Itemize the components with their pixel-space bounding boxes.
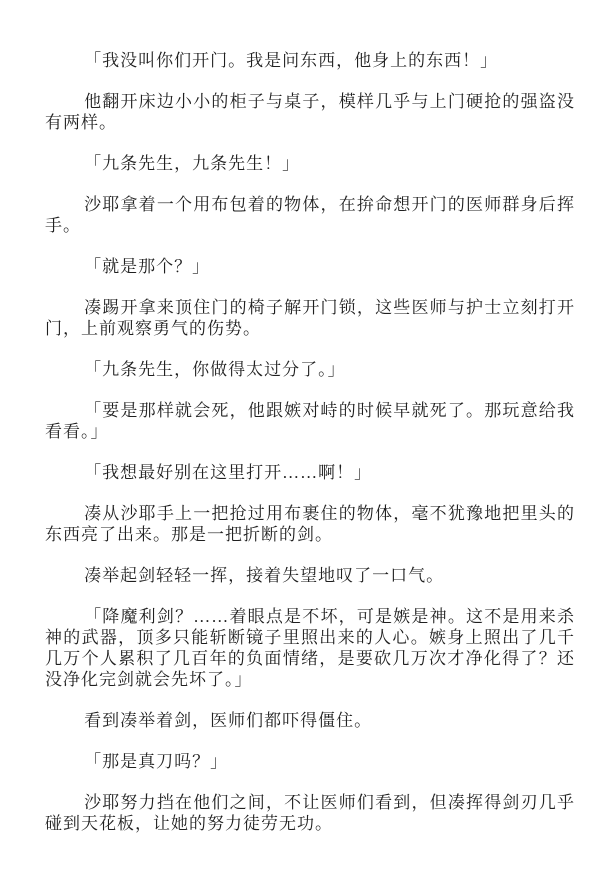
paragraph: 「要是那样就会死，他跟嫉对峙的时候早就死了。那玩意给我看看。」 <box>45 400 575 442</box>
paragraph: 凑从沙耶手上一把抢过用布裹住的物体，毫不犹豫地把里头的东西亮了出来。那是一把折断… <box>45 503 575 545</box>
paragraph: 「那是真刀吗？」 <box>45 751 575 772</box>
paragraph: 「就是那个？」 <box>45 256 575 277</box>
paragraph: 看到凑举着剑，医师们都吓得僵住。 <box>45 710 575 731</box>
paragraph: 沙耶拿着一个用布包着的物体，在拚命想开门的医师群身后挥手。 <box>45 194 575 236</box>
novel-page: 「我没叫你们开门。我是问东西，他身上的东西！」 他翻开床边小小的柜子与桌子，模样… <box>0 0 613 869</box>
paragraph: 「我没叫你们开门。我是问东西，他身上的东西！」 <box>45 50 575 71</box>
paragraph: 凑举起剑轻轻一挥，接着失望地叹了一口气。 <box>45 565 575 586</box>
paragraph: 「我想最好别在这里打开……啊！」 <box>45 462 575 483</box>
paragraph: 沙耶努力挡在他们之间，不让医师们看到，但凑挥得剑刃几乎碰到天花板，让她的努力徒劳… <box>45 792 575 834</box>
paragraph: 「九条先生，你做得太过分了。」 <box>45 359 575 380</box>
paragraph: 「降魔利剑？……着眼点是不坏，可是嫉是神。这不是用来杀神的武器，顶多只能斩断镜子… <box>45 606 575 690</box>
paragraph: 「九条先生，九条先生！」 <box>45 153 575 174</box>
paragraph: 他翻开床边小小的柜子与桌子，模样几乎与上门硬抢的强盗没有两样。 <box>45 91 575 133</box>
paragraph: 凑踢开拿来顶住门的椅子解开门锁，这些医师与护士立刻打开门，上前观察勇气的伤势。 <box>45 297 575 339</box>
